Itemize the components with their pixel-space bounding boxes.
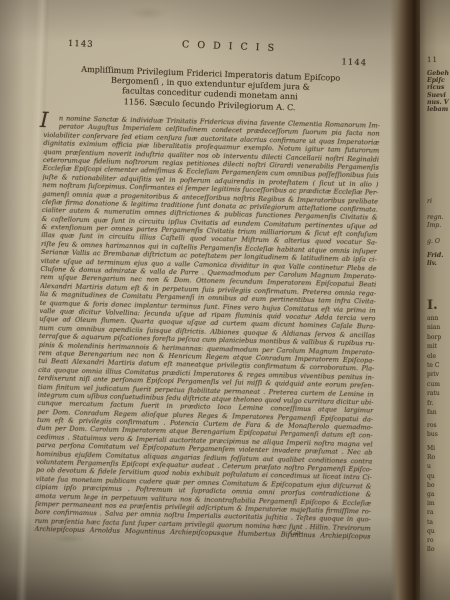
facing-text-fragments: regn.Imp. xyxy=(427,214,444,230)
fragment-line: ann xyxy=(427,314,441,323)
fragment-line: Imp. xyxy=(427,222,444,230)
facing-text-fragments: Frid.liv. xyxy=(427,252,443,268)
facing-text-fragments: MiRouqubogaimrataqurollo xyxy=(427,444,435,554)
fragment-line: ele xyxy=(427,352,441,361)
body-text: n nomine Sanctæ & individuæ Trinitatis F… xyxy=(34,114,379,541)
fragment-line: bo xyxy=(427,481,435,490)
fragment-line: Ro xyxy=(427,453,435,462)
fragment-line: mit xyxy=(427,342,441,351)
fragment-line: Gebeh xyxy=(427,70,449,77)
fragment-line: ra xyxy=(427,508,435,517)
fragment-line: priv xyxy=(427,370,441,379)
facing-page-number-fragment: 11 xyxy=(427,56,438,64)
paper-stain xyxy=(128,6,168,20)
page-header: 1143 C O D I C I S 1144 xyxy=(44,34,364,64)
facing-text-fragments: GebehEpiſcricusSuevinus. Vlebam xyxy=(427,70,449,113)
facing-initial-fragment: I. xyxy=(427,298,438,313)
fragment-line: ricus xyxy=(427,84,449,91)
fragment-line: borp xyxy=(427,333,441,342)
fragment-line: nian xyxy=(427,323,441,332)
paper-stain xyxy=(52,534,86,543)
chapter-heading: Ampliſſimum Privilegium Friderici Impera… xyxy=(59,63,362,114)
fragment-line: qu xyxy=(427,527,435,536)
facing-text-fragments: annnianborpmitelete Cprivcumratufr.fan xyxy=(427,314,441,417)
left-page: 1143 C O D I C I S 1144 Ampliſſimum Priv… xyxy=(0,0,404,600)
catchword: Ge- xyxy=(290,528,303,537)
fragment-line: Mi xyxy=(427,444,435,453)
fragment-line: fan xyxy=(427,408,441,417)
fragment-line: im xyxy=(427,499,435,508)
facing-page-edge: 11 GebehEpiſcricusSuevinus. Vlebam ri re… xyxy=(420,0,450,600)
page-number-right: 1144 xyxy=(341,57,367,68)
fragment-line: llo xyxy=(427,545,435,554)
page-number-left: 1143 xyxy=(68,39,94,50)
fragment-line: cum xyxy=(427,380,441,389)
facing-text-fragments: g. O xyxy=(427,238,440,245)
book-photo: 1143 C O D I C I S 1144 Ampliſſimum Priv… xyxy=(0,0,450,600)
fragment-line: Frid. xyxy=(427,252,443,260)
fragment-line: u xyxy=(427,462,435,471)
fragment-line: lebam xyxy=(427,106,449,113)
facing-text-fragments: ri xyxy=(427,198,432,205)
fragment-line: nus. V xyxy=(427,99,449,106)
fragment-line: bus xyxy=(427,431,438,440)
facing-text-fragments: rosbus xyxy=(427,422,438,439)
fragment-line: qu xyxy=(427,472,435,481)
fragment-line: g. O xyxy=(427,238,440,245)
fragment-line: ratu xyxy=(427,389,441,398)
fragment-line: Suevi xyxy=(427,92,449,99)
fragment-line: ta xyxy=(427,518,435,527)
fragment-line: ri xyxy=(427,198,432,205)
gutter-shadow xyxy=(390,0,424,600)
fragment-line: Epiſc xyxy=(427,77,449,84)
running-title: C O D I C I S xyxy=(182,39,277,54)
fragment-line: te C xyxy=(427,361,441,370)
fragment-line: liv. xyxy=(427,260,443,268)
fragment-line: ros xyxy=(427,422,438,431)
fragment-line: regn. xyxy=(427,214,444,222)
fragment-line: fr. xyxy=(427,399,441,408)
fragment-line: ga xyxy=(427,490,435,499)
fragment-line: ro xyxy=(427,536,435,545)
